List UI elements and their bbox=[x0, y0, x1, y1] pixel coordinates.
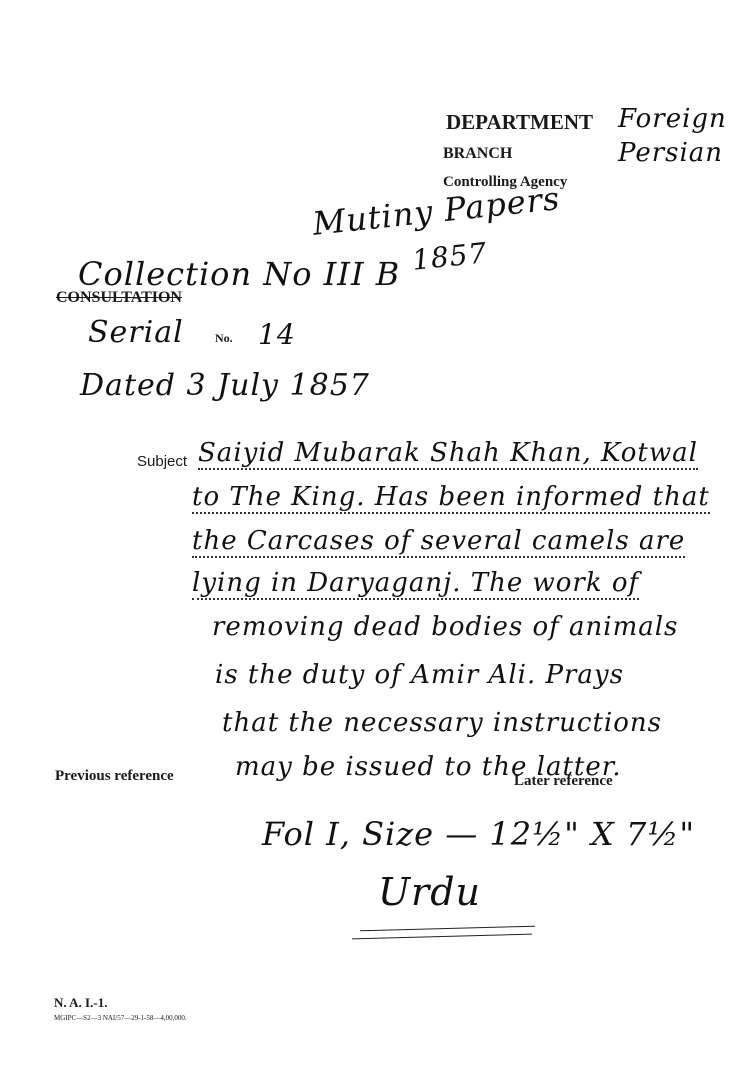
subject-line-6: is the duty of Amir Ali. Prays bbox=[215, 660, 624, 690]
later-reference-label: Later reference bbox=[514, 773, 613, 790]
previous-reference-label: Previous reference bbox=[55, 768, 174, 785]
number-label: No. bbox=[215, 331, 233, 346]
subject-line-1: Saiyid Mubarak Shah Khan, Kotwal bbox=[198, 438, 698, 470]
collection-number: Collection No III B bbox=[78, 255, 400, 293]
collection-title: Mutiny Papers bbox=[311, 179, 562, 243]
subject-line-3: the Carcases of several camels are bbox=[192, 526, 685, 558]
folio-size-note: Fol I, Size — 12½" X 7½" bbox=[262, 815, 695, 853]
department-value: Foreign bbox=[618, 104, 727, 134]
serial-number: 14 bbox=[258, 318, 296, 351]
subject-line-2: to The King. Has been informed that bbox=[192, 482, 710, 514]
language-underline-2 bbox=[352, 934, 532, 940]
branch-label: BRANCH bbox=[443, 145, 512, 163]
language-note: Urdu bbox=[378, 870, 481, 914]
subject-line-5: removing dead bodies of animals bbox=[212, 612, 678, 642]
serial-word: Serial bbox=[88, 315, 184, 350]
subject-line-4: lying in Daryaganj. The work of bbox=[192, 568, 639, 600]
branch-value: Persian bbox=[618, 138, 723, 168]
department-label: DEPARTMENT bbox=[446, 110, 593, 135]
print-line: MGIPC—S2—3 NAI/57—29-1-58—4,00,000. bbox=[54, 1014, 187, 1022]
subject-label: Subject bbox=[137, 453, 187, 470]
form-id: N. A. I.-1. bbox=[54, 995, 107, 1011]
collection-year: 1857 bbox=[410, 236, 488, 277]
language-underline bbox=[360, 926, 535, 932]
dated-line: Dated 3 July 1857 bbox=[80, 368, 370, 403]
subject-line-7: that the necessary instructions bbox=[222, 708, 662, 738]
consultation-label: CONSULTATION bbox=[56, 289, 182, 307]
document-page: DEPARTMENT Foreign BRANCH Persian Contro… bbox=[0, 0, 743, 1077]
